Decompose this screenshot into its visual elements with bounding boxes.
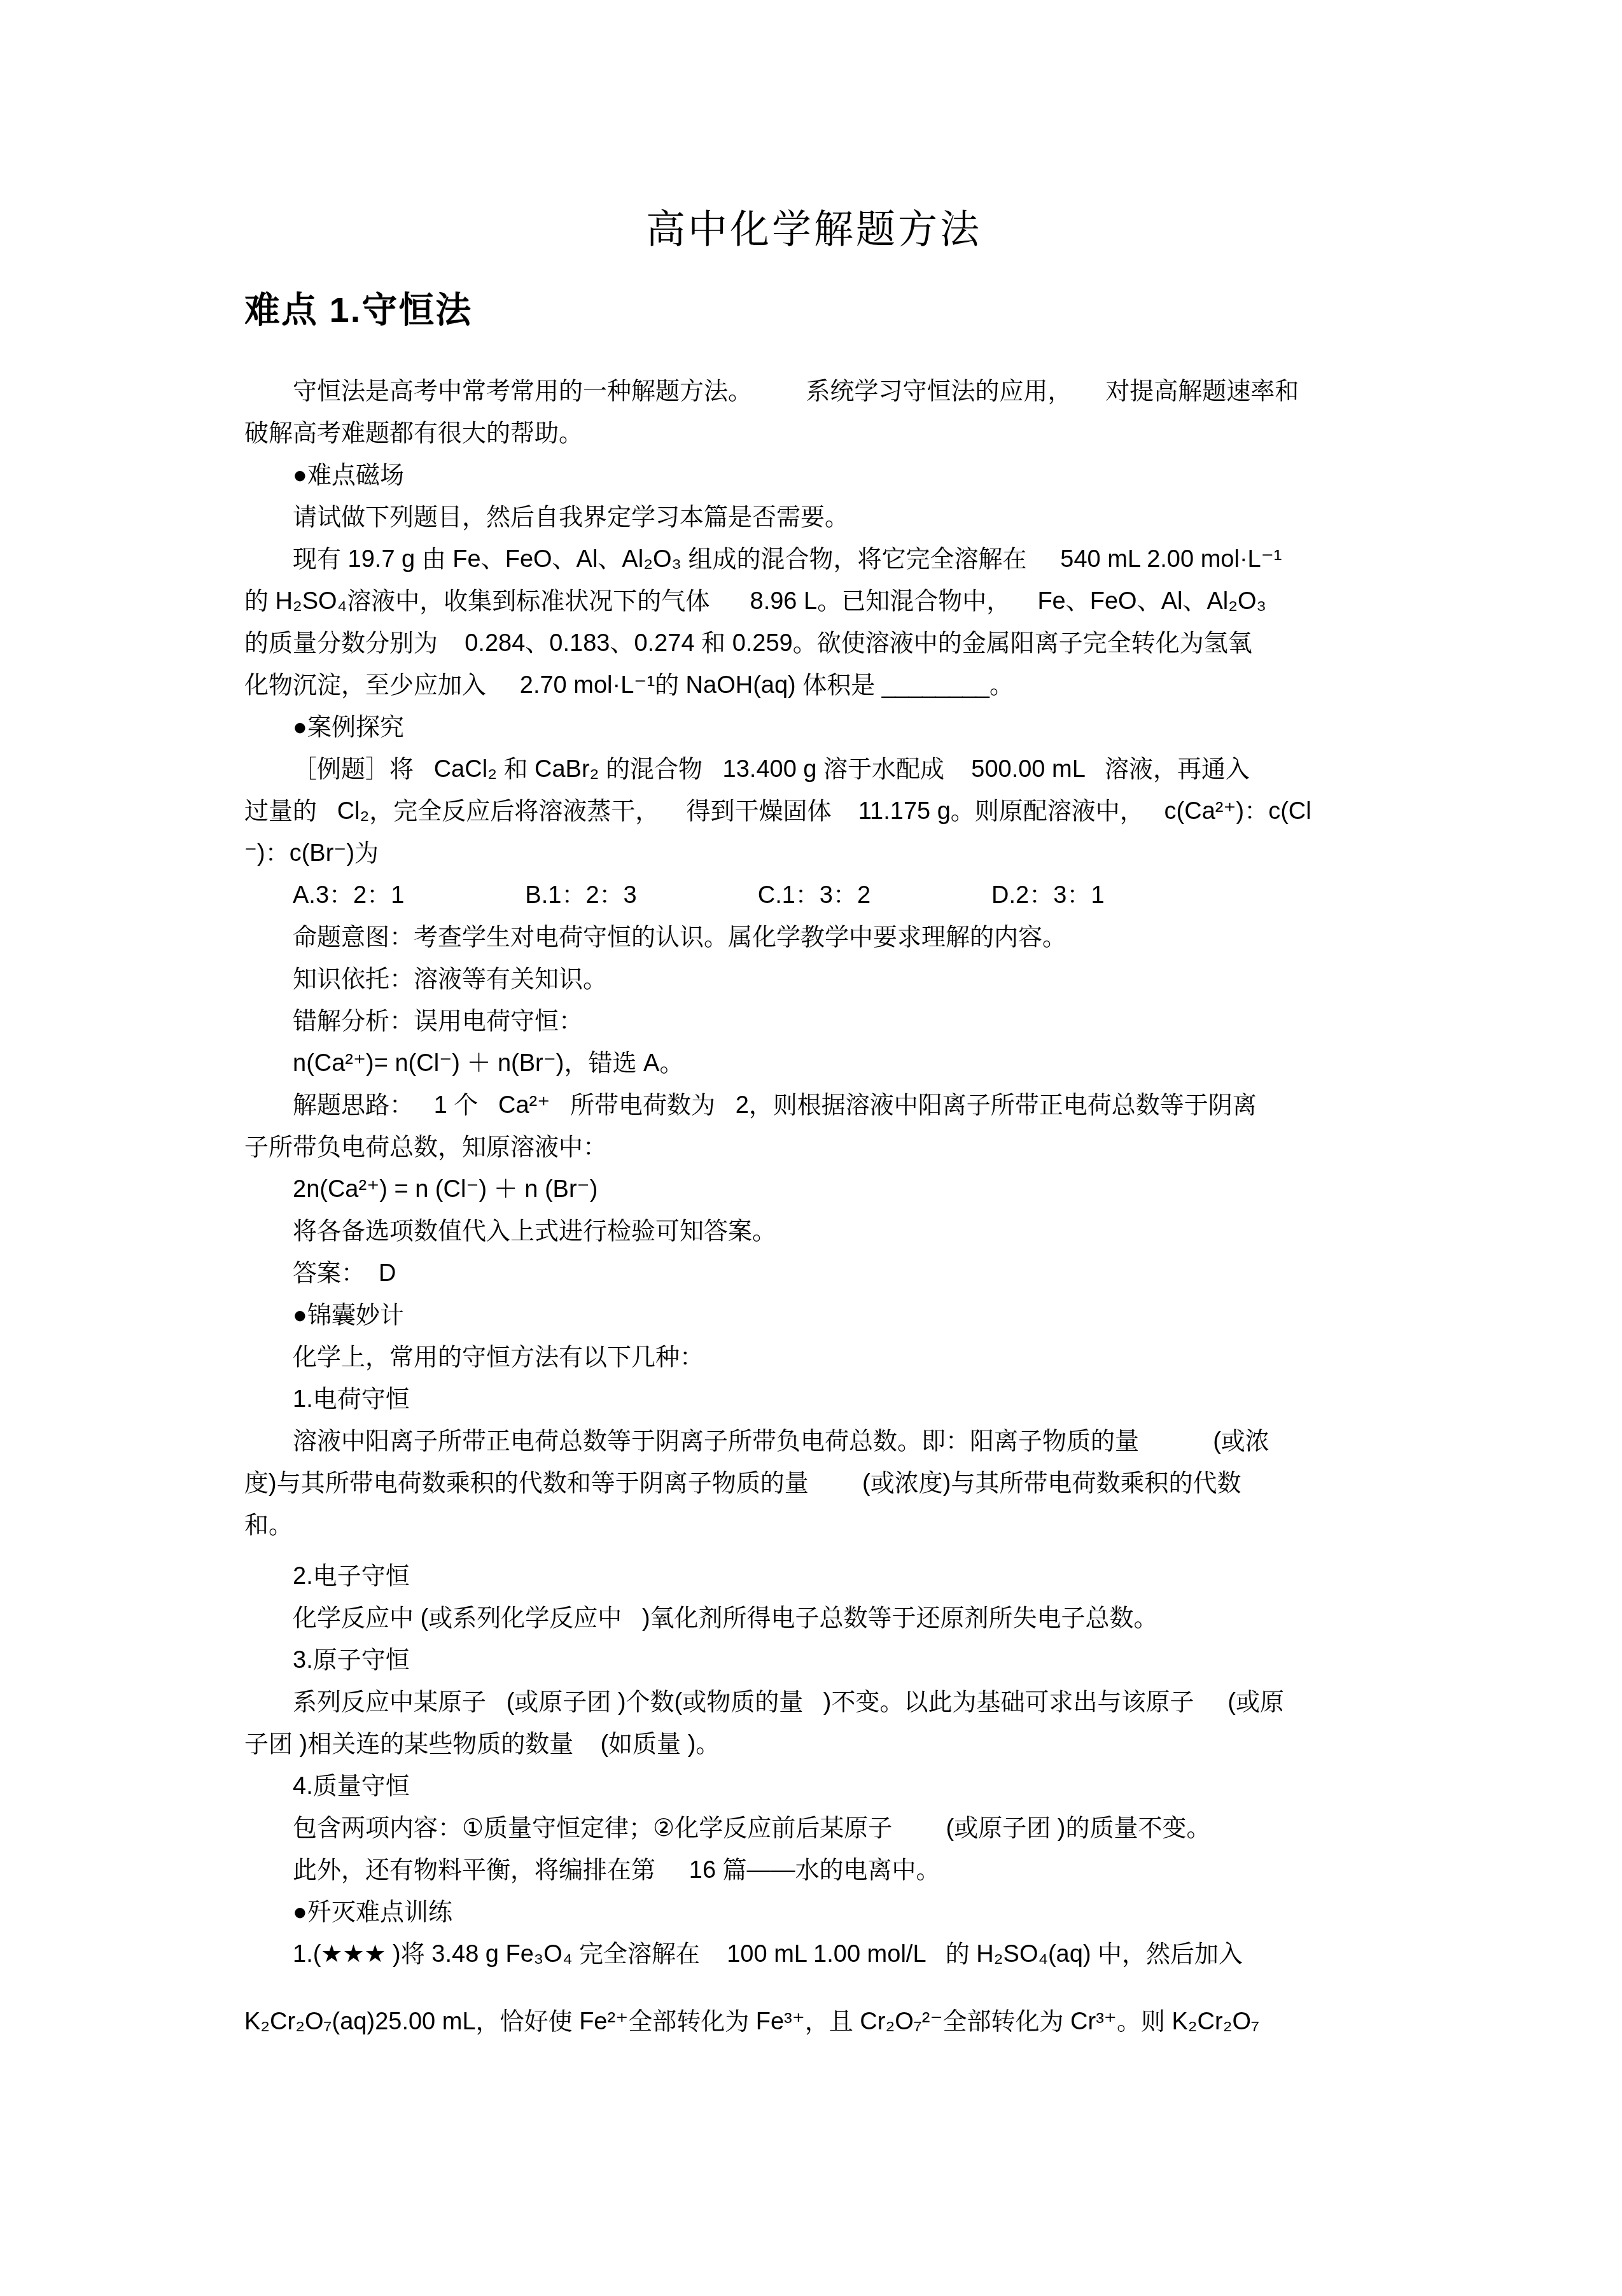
text-line: 1.(★★★ )将 3.48 g Fe₃O₄ 完全溶解在 100 mL 1.00… [244,1933,1396,1975]
text-line: ●案例探究 [244,706,1396,748]
text-line: 系列反应中某原子 (或原子团 )个数(或物质的量 )不变。以此为基础可求出与该原… [244,1681,1396,1723]
text-line: 度)与其所带电荷数乘积的代数和等于阴离子物质的量 (或浓度)与其所带电荷数乘积的… [244,1462,1396,1504]
text-line: 知识依托：溶液等有关知识。 [244,958,1396,1000]
text-line: 解题思路： 1 个 Ca²⁺ 所带电荷数为 2，则根据溶液中阳离子所带正电荷总数… [244,1084,1396,1126]
text-line: 2n(Ca²⁺) = n (Cl⁻) ＋ n (Br⁻) [244,1168,1396,1210]
text-line: 1.电荷守恒 [244,1378,1396,1420]
text-line: 子团 )相关连的某些物质的数量 (如质量 )。 [244,1723,1396,1765]
text-line: 和。 [244,1504,1396,1546]
text-line: n(Ca²⁺)= n(Cl⁻) ＋ n(Br⁻)，错选 A。 [244,1042,1396,1084]
text-line: 的 H₂SO₄溶液中，收集到标准状况下的气体 8.96 L。已知混合物中， Fe… [244,580,1396,622]
text-line: 此外，还有物料平衡，将编排在第 16 篇——水的电离中。 [244,1849,1396,1891]
text-line: 溶液中阳离子所带正电荷总数等于阴离子所带负电荷总数。即：阳离子物质的量 (或浓 [244,1420,1396,1462]
text-line: ⁻)：c(Br⁻)为 [244,832,1396,874]
text-line: 命题意图：考查学生对电荷守恒的认识。属化学教学中要求理解的内容。 [244,916,1396,958]
text-line: 破解高考难题都有很大的帮助。 [244,412,1396,454]
text-line: 守恒法是高考中常考常用的一种解题方法。 系统学习守恒法的应用， 对提高解题速率和 [244,370,1396,412]
text-line: 将各备选项数值代入上式进行检验可知答案。 [244,1210,1396,1252]
text-line: 子所带负电荷总数，知原溶液中： [244,1126,1396,1168]
text-line: ●锦囊妙计 [244,1294,1396,1336]
text-line: 化物沉淀，至少应加入 2.70 mol·L⁻¹的 NaOH(aq) 体积是 __… [244,664,1396,706]
text-line: K₂Cr₂O₇(aq)25.00 mL，恰好使 Fe²⁺全部转化为 Fe³⁺，且… [244,2001,1396,2043]
text-line: 2.电子守恒 [244,1555,1396,1597]
text-line: 的质量分数分别为 0.284、0.183、0.274 和 0.259。欲使溶液中… [244,622,1396,664]
text-line: 过量的 Cl₂，完全反应后将溶液蒸干， 得到干燥固体 11.175 g。则原配溶… [244,790,1396,832]
document-page: 高中化学解题方法 难点 1.守恒法 守恒法是高考中常考常用的一种解题方法。 系统… [0,0,1622,2296]
text-line: 3.原子守恒 [244,1639,1396,1681]
text-line: 4.质量守恒 [244,1765,1396,1807]
text-line: 化学反应中 (或系列化学反应中 )氧化剂所得电子总数等于还原剂所失电子总数。 [244,1597,1396,1639]
text-line: ［例题］将 CaCl₂ 和 CaBr₂ 的混合物 13.400 g 溶于水配成 … [244,748,1396,790]
document-title: 高中化学解题方法 [244,205,1383,256]
text-line: 答案： D [244,1252,1396,1294]
text-line: 化学上，常用的守恒方法有以下几种： [244,1336,1396,1378]
text-line: ●难点磁场 [244,454,1396,496]
text-line: 现有 19.7 g 由 Fe、FeO、Al、Al₂O₃ 组成的混合物，将它完全溶… [244,538,1396,580]
text-line: ●歼灭难点训练 [244,1891,1396,1933]
text-line: 请试做下列题目，然后自我界定学习本篇是否需要。 [244,496,1396,538]
section-heading: 难点 1.守恒法 [244,283,472,337]
text-line: 包含两项内容：①质量守恒定律；②化学反应前后某原子 (或原子团 )的质量不变。 [244,1807,1396,1849]
text-line: A.3：2：1 B.1：2：3 C.1：3：2 D.2：3：1 [244,874,1396,916]
document-body: 守恒法是高考中常考常用的一种解题方法。 系统学习守恒法的应用， 对提高解题速率和… [244,370,1396,2043]
text-line: 错解分析：误用电荷守恒： [244,1000,1396,1042]
